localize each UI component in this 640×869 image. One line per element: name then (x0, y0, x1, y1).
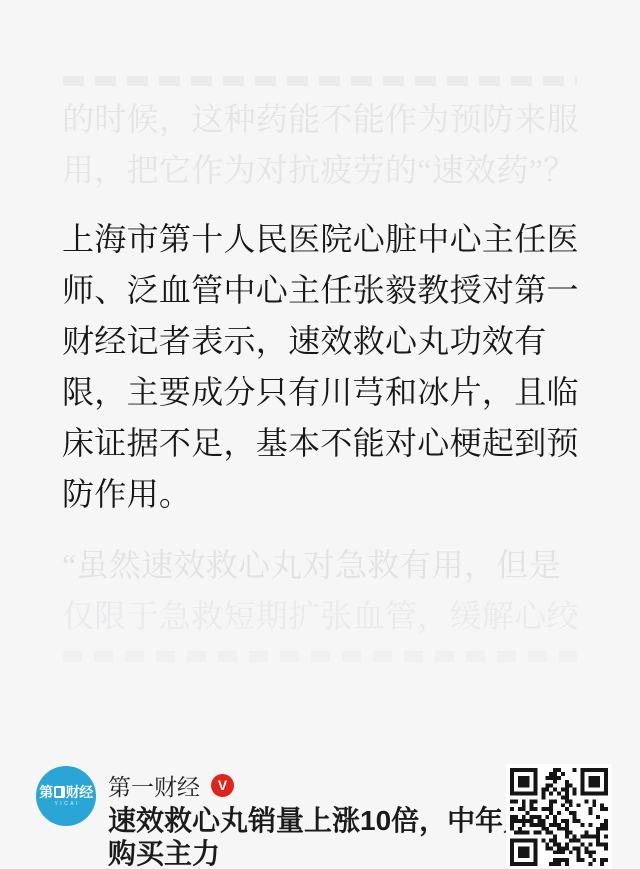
logo-one-glyph-icon (54, 786, 65, 798)
highlighted-paragraph: 上海市第十人民医院心脏中心主任医 师、泛血管中心主任张毅教授对第一 财经记者表示… (62, 214, 579, 520)
highlight-line: 上海市第十人民医院心脏中心主任医 (62, 214, 579, 265)
highlight-line: 财经记者表示，速效救心丸功效有 (62, 316, 579, 367)
highlight-line: 师、泛血管中心主任张毅教授对第一 (62, 265, 579, 316)
context-line: 的时候，这种药能不能作为预防来服 (62, 94, 579, 145)
context-after-paragraph: “虽然速效救心丸对急救有用，但是 仅限于急救短期扩张血管，缓解心绞 (62, 540, 579, 642)
verified-badge-letter: V (218, 774, 227, 797)
article-excerpt: 的时候，这种药能不能作为预防来服 用，把它作为对抗疲劳的“速效药”？ 上海市第十… (0, 0, 640, 740)
context-line: 仅限于急救短期扩张血管，缓解心绞 (62, 591, 579, 642)
yicai-logo-subtext: YICAI (52, 801, 80, 807)
brand-name-row: 第一财经 V (108, 769, 234, 802)
article-title: 速效救心丸销量上涨10倍，中年人成 购买主力 (108, 804, 559, 869)
highlight-line: 防作用。 (62, 469, 579, 520)
logo-char-suffix: 财经 (66, 785, 93, 799)
qr-code (506, 764, 612, 869)
yicai-logo-text: 第 财经 (39, 785, 93, 799)
brand-name: 第一财经 (108, 769, 200, 802)
truncated-text-fragment-bottom (63, 651, 577, 662)
highlight-line: 限，主要成分只有川芎和冰片，且临 (62, 367, 579, 418)
qr-code-image (510, 768, 608, 866)
footer: 第 财经 YICAI 第一财经 V 速效救心丸销量上涨10倍，中年人成 购买主力 (0, 740, 640, 869)
quote-share-card: 的时候，这种药能不能作为预防来服 用，把它作为对抗疲劳的“速效药”？ 上海市第十… (0, 0, 640, 869)
context-line: 用，把它作为对抗疲劳的“速效药”？ (62, 145, 579, 196)
article-title-line: 速效救心丸销量上涨10倍，中年人成 (108, 804, 559, 837)
context-line: “虽然速效救心丸对急救有用，但是 (62, 540, 579, 591)
truncated-text-fragment-top (63, 76, 577, 86)
logo-char-prefix: 第 (39, 785, 53, 799)
yicai-logo: 第 财经 YICAI (36, 766, 96, 826)
highlight-line: 床证据不足，基本不能对心梗起到预 (62, 418, 579, 469)
context-before-paragraph: 的时候，这种药能不能作为预防来服 用，把它作为对抗疲劳的“速效药”？ (62, 94, 579, 196)
verified-badge-icon: V (211, 774, 234, 797)
article-title-line: 购买主力 (108, 837, 559, 869)
